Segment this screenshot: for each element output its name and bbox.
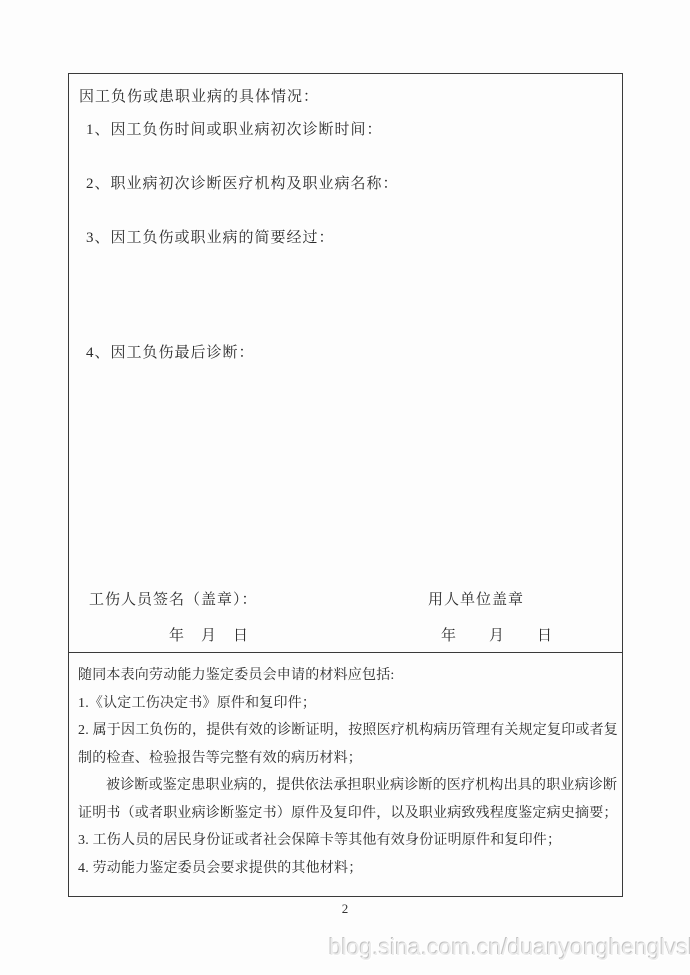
- injury-item-diagnosis-org: 2、职业病初次诊断医疗机构及职业病名称：: [86, 172, 399, 193]
- employer-seal-label: 用人单位盖章: [428, 588, 524, 609]
- injury-section-title: 因工负伤或患职业病的具体情况：: [79, 85, 319, 106]
- employer-date-field: 年 月 日: [441, 624, 553, 645]
- materials-item-occupational-disease-proof: 被诊断或鉴定患职业病的，提供依法承担职业病诊断的医疗机构出具的职业病诊断证明书（…: [78, 772, 618, 827]
- materials-item-medical-records: 2. 属于因工负伤的，提供有效的诊断证明，按照医疗机构病历管理有关规定复印或者复…: [78, 717, 618, 772]
- materials-item-decision-letter: 1.《认定工伤决定书》原件和复印件；: [78, 690, 618, 718]
- employee-date-field: 年 月 日: [169, 624, 249, 645]
- materials-item-id-card: 3. 工伤人员的居民身份证或者社会保障卡等其他有效身份证明原件和复印件；: [78, 827, 618, 855]
- injury-item-injury-time: 1、因工负伤时间或职业病初次诊断时间：: [86, 118, 383, 139]
- materials-box: 随同本表向劳动能力鉴定委员会申请的材料应包括: 1.《认定工伤决定书》原件和复印…: [68, 652, 623, 897]
- injury-details-box: 因工负伤或患职业病的具体情况： 1、因工负伤时间或职业病初次诊断时间： 2、职业…: [68, 73, 623, 653]
- blog-watermark: blog.sina.com.cn/duanyonghenglvshi: [329, 934, 690, 961]
- employee-signature-label: 工伤人员签名（盖章）：: [89, 588, 258, 609]
- materials-item-other: 4. 劳动能力鉴定委员会要求提供的其他材料；: [78, 855, 618, 883]
- injury-item-brief-course: 3、因工负伤或职业病的简要经过：: [86, 226, 335, 247]
- form-page: { "page": { "number": "2", "watermark_te…: [0, 0, 690, 975]
- materials-intro: 随同本表向劳动能力鉴定委员会申请的材料应包括:: [78, 662, 618, 690]
- page-number: 2: [0, 901, 690, 917]
- injury-item-final-diagnosis: 4、因工负伤最后诊断：: [86, 341, 255, 362]
